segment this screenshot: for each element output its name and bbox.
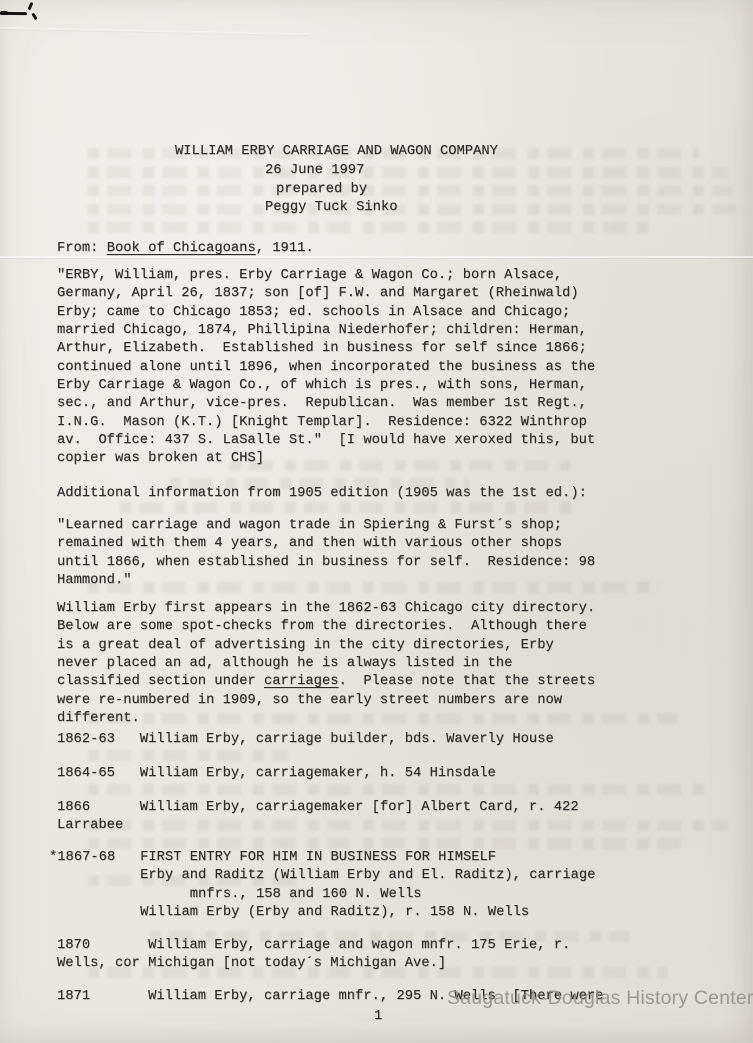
author-name: Peggy Tuck Sinko [265,199,397,217]
directory-notes-paragraph: William Erby first appears in the 1862-6… [57,600,595,728]
bleedthrough-strip [120,502,570,513]
directory-entry-1867-68: *1867-68 FIRST ENTRY FOR HIM IN BUSINESS… [49,849,595,922]
notes-underlined-carriages: carriages [264,674,339,689]
directory-entry-1870: 1870 William Erby, carriage and wagon mn… [57,937,570,974]
excerpt-1905-paragraph: "Learned carriage and wagon trade in Spi… [57,517,595,590]
source-title-underlined: Book of Chicagoans [107,241,256,256]
bleedthrough-strip [88,204,738,215]
ink-mark [31,13,37,20]
source-prefix: From: [57,241,107,256]
directory-entry-1864-65: 1864-65 William Erby, carriagemaker, h. … [57,765,496,783]
prep-date: 26 June 1997 [265,162,364,180]
page-title: WILLIAM ERBY CARRIAGE AND WAGON COMPANY [175,143,498,161]
excerpt-1911-paragraph: "ERBY, William, pres. Erby Carriage & Wa… [57,267,595,469]
bleedthrough-strip [88,838,688,849]
document-page: WILLIAM ERBY CARRIAGE AND WAGON COMPANY … [0,0,753,1043]
directory-entry-1862-63: 1862-63 William Erby, carriage builder, … [57,731,554,749]
additional-info-heading: Additional information from 1905 edition… [57,485,587,503]
source-line: From: Book of Chicagoans, 1911. [57,240,314,258]
watermark-stamp: Saugatuck-Douglas History Center [447,987,753,1010]
bleedthrough-strip [88,185,733,196]
bleedthrough-strip [88,222,648,233]
ink-mark [0,11,8,16]
directory-entry-1866: 1866 William Erby, carriagemaker [for] A… [57,799,579,836]
page-number: 1 [374,1008,382,1026]
ink-mark [27,2,33,10]
crease-line [0,27,310,35]
prepared-by-label: prepared by [276,181,367,199]
bleedthrough-strip [88,784,708,795]
bleedthrough-strip [88,750,288,761]
source-suffix: , 1911. [256,241,314,256]
bleedthrough-strip [88,167,728,178]
